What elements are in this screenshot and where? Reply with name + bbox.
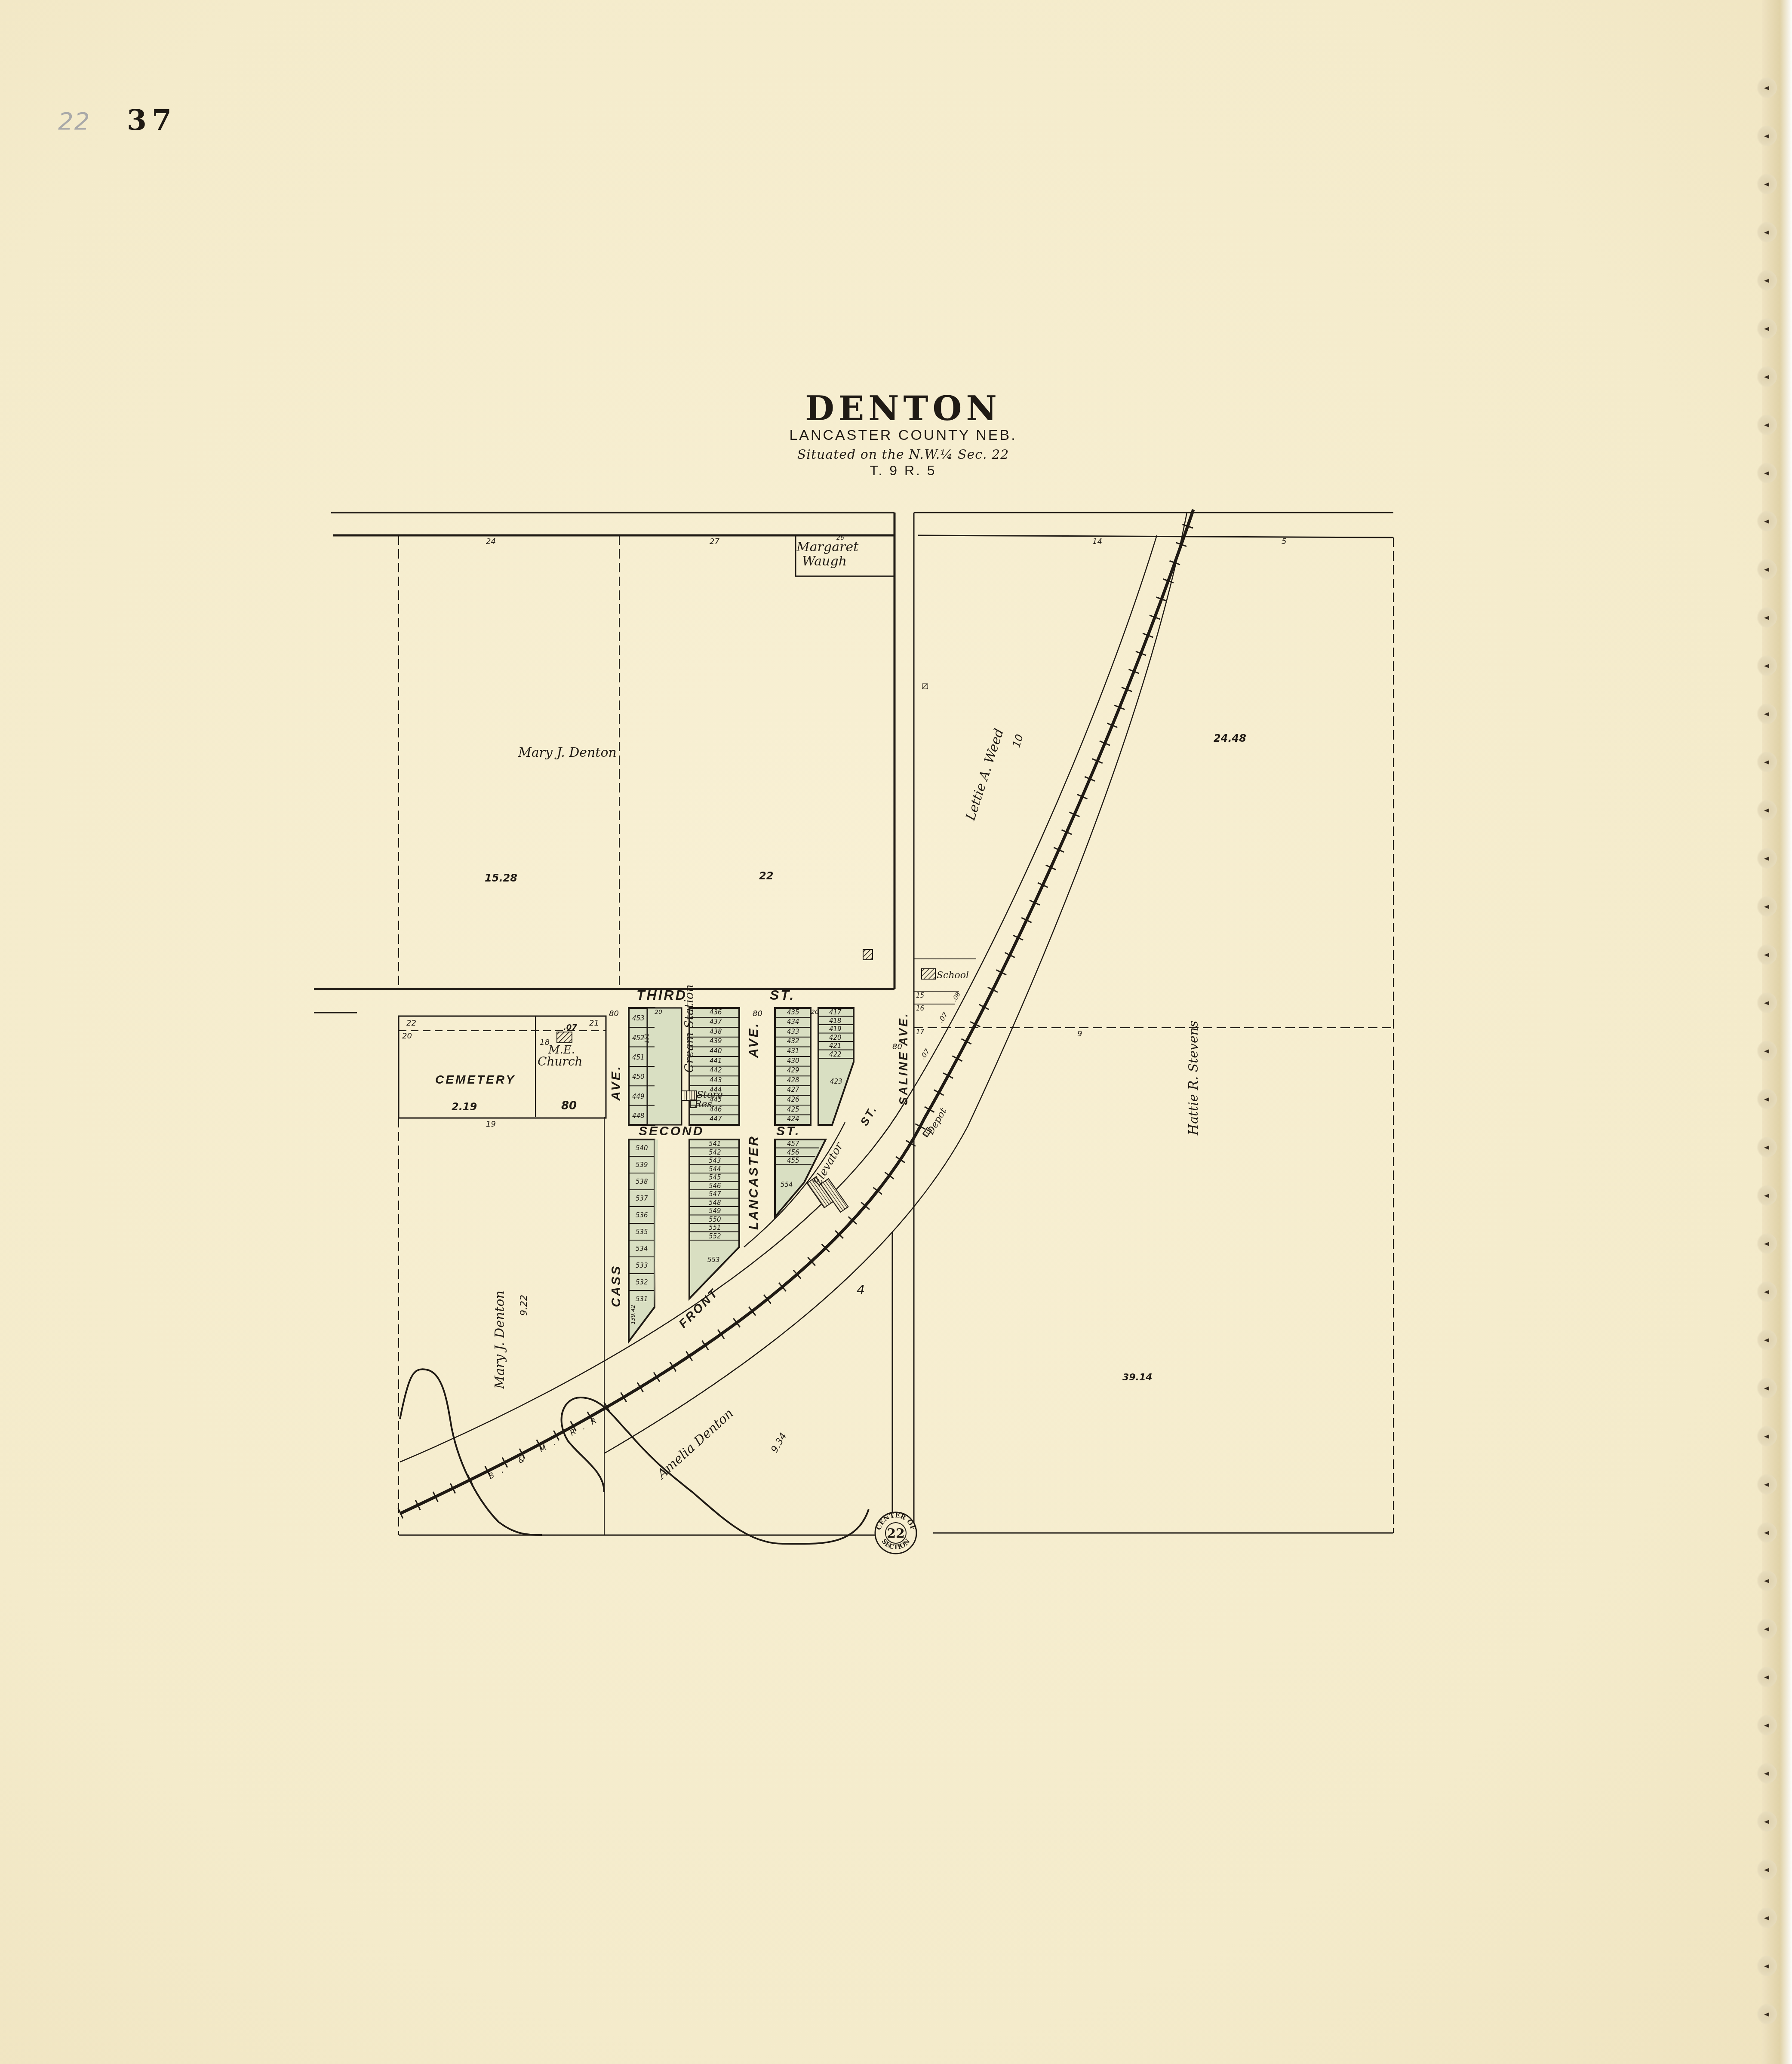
owner-amelia-denton: Amelia Denton	[654, 1406, 737, 1483]
svg-text:5: 5	[1282, 537, 1286, 546]
lot-number: 540	[636, 1144, 648, 1152]
owner-mary-j-denton-north: Mary J. Denton	[518, 745, 617, 760]
svg-text:24: 24	[486, 537, 496, 546]
third-street-label: THIRD	[636, 987, 687, 1003]
svg-text:20: 20	[811, 1009, 819, 1016]
lot-number: 417	[829, 1008, 842, 1016]
second-street-label: SECOND	[639, 1124, 704, 1138]
svg-text:14: 14	[1092, 537, 1102, 546]
svg-text:16: 16	[916, 1004, 924, 1012]
lot-number: 440	[710, 1047, 722, 1055]
owner-margaret-waugh: Margaret	[796, 540, 859, 555]
lot-number: 533	[636, 1262, 648, 1269]
lot-number: 550	[709, 1216, 721, 1223]
lot-number: 418	[829, 1017, 842, 1025]
svg-text:80: 80	[609, 1009, 619, 1018]
lot-number: 446	[710, 1106, 722, 1113]
lot-number: 438	[710, 1028, 722, 1035]
lot-number: 435	[787, 1008, 799, 1016]
lot-number: 455	[787, 1157, 799, 1164]
center-of-section-stamp: CENTER OF SECTION 22	[875, 1511, 917, 1554]
lot-number: 542	[709, 1149, 721, 1156]
lot-number: 437	[710, 1018, 722, 1026]
lot-number: 431	[787, 1047, 799, 1055]
lot-number: 538	[636, 1178, 648, 1186]
svg-text:9: 9	[1077, 1029, 1082, 1038]
svg-text:80: 80	[753, 1009, 762, 1018]
front-street-label: FRONT	[676, 1286, 721, 1330]
svg-text:39.14: 39.14	[1122, 1372, 1153, 1383]
svg-text:22: 22	[406, 1019, 416, 1028]
lot-number: 430	[787, 1057, 799, 1065]
lot-number: 552	[709, 1232, 721, 1240]
svg-text:15: 15	[916, 992, 924, 999]
lot-number: 536	[636, 1211, 648, 1219]
lot-number: 422	[829, 1050, 842, 1058]
lot-number: 453	[632, 1014, 645, 1022]
lot-number: 427	[787, 1086, 799, 1093]
lot-number: 449	[632, 1093, 645, 1100]
lot-number: 537	[636, 1195, 648, 1202]
svg-text:27: 27	[710, 537, 719, 546]
lot-number: 424	[787, 1115, 799, 1123]
svg-text:18: 18	[540, 1038, 550, 1047]
lot-number: 443	[710, 1076, 722, 1084]
lot-number: 543	[709, 1157, 721, 1164]
lot-number: 551	[709, 1224, 721, 1232]
svg-text:80: 80	[561, 1100, 577, 1112]
section-number: 22	[887, 1526, 905, 1541]
lot-number: 544	[709, 1165, 721, 1173]
lot-number: 539	[636, 1161, 648, 1169]
cemetery-label: CEMETERY	[435, 1073, 516, 1086]
lot-number: 421	[829, 1042, 842, 1050]
svg-text:21: 21	[589, 1019, 599, 1028]
lancaster-avenue-suffix: AVE.	[747, 1022, 761, 1058]
saline-avenue-label: SALINE AVE.	[897, 1012, 910, 1105]
lot-number: 457	[787, 1140, 799, 1148]
buildings	[557, 684, 935, 1218]
lot-number: 433	[787, 1028, 799, 1035]
lot-number: 549	[709, 1207, 721, 1215]
lot-number: 452	[632, 1034, 645, 1042]
lot-number: 442	[710, 1066, 722, 1074]
creek	[400, 1369, 869, 1544]
lot-number: 441	[710, 1057, 722, 1065]
lot-number: 436	[710, 1008, 722, 1016]
house-icon	[922, 684, 928, 689]
svg-text:139.42: 139.42	[630, 1305, 636, 1325]
svg-text:2.19: 2.19	[452, 1101, 477, 1113]
lot-number: 451	[632, 1053, 645, 1061]
lot-number: 420	[829, 1034, 842, 1041]
lot-number: 428	[787, 1076, 799, 1084]
lot-number: 426	[787, 1096, 799, 1103]
lot-number: 439	[710, 1037, 722, 1045]
svg-text:9.34: 9.34	[769, 1431, 789, 1455]
lot-number: 429	[787, 1066, 799, 1074]
lot-number: 456	[787, 1149, 799, 1156]
school-label: School	[937, 970, 969, 981]
lancaster-avenue-label: LANCASTER	[747, 1135, 761, 1230]
svg-text:80: 80	[892, 1042, 902, 1051]
lot-number: 532	[636, 1278, 648, 1286]
svg-text:9.22: 9.22	[519, 1295, 529, 1316]
lot-number: 419	[829, 1025, 842, 1033]
lot-number: 546	[709, 1182, 721, 1190]
lot-number: 423	[830, 1078, 842, 1085]
lot-number: 425	[787, 1106, 799, 1113]
svg-text:22: 22	[759, 870, 773, 882]
cream-station-label: Cream Station	[682, 984, 696, 1073]
lot-number: 531	[636, 1295, 648, 1303]
acreage-labels: 15.28 22 9.22 10 24.48 39.14 9.34 2.19 8…	[452, 732, 1246, 1455]
plat-map: CENTER OF SECTION 22 THIRD ST. SECOND ST…	[0, 0, 1792, 2064]
svg-text:17: 17	[916, 1028, 925, 1036]
svg-text:20: 20	[655, 1009, 662, 1016]
school-building-icon	[922, 969, 935, 979]
svg-text:15.28: 15.28	[485, 872, 517, 884]
owner-lettie-a-weed: Lettie A. Weed	[963, 727, 1007, 823]
lot-number: 554	[781, 1181, 793, 1189]
lot-number: 434	[787, 1018, 799, 1026]
svg-text:19: 19	[486, 1120, 496, 1129]
svg-text:.08: .08	[951, 991, 962, 1003]
svg-text:.07: .07	[919, 1047, 932, 1061]
farmhouse-icon	[863, 949, 873, 960]
lot-number: 444	[710, 1086, 722, 1093]
lot-number: 535	[636, 1228, 648, 1236]
svg-text:.07: .07	[563, 1023, 577, 1032]
church-building-icon	[557, 1032, 572, 1043]
lot-number: 548	[709, 1199, 721, 1207]
church-label-2: Church	[538, 1054, 583, 1069]
lot-number: 553	[707, 1256, 720, 1264]
lot-number: 534	[636, 1245, 648, 1253]
svg-text:24.48: 24.48	[1214, 732, 1246, 744]
lot-number: 545	[709, 1173, 721, 1181]
lot-number: 448	[632, 1112, 645, 1120]
lot-number: 447	[710, 1115, 722, 1123]
svg-text:4: 4	[857, 1283, 865, 1298]
svg-text:26: 26	[836, 534, 844, 541]
lot-number: 450	[632, 1073, 645, 1081]
lot-number: 432	[787, 1037, 799, 1045]
third-street-suffix: ST.	[770, 987, 795, 1003]
lot-number: 541	[709, 1140, 721, 1148]
owner-margaret-waugh-2: Waugh	[802, 554, 847, 569]
elevator-street-label: ST.	[858, 1103, 879, 1128]
svg-text:.07: .07	[937, 1010, 950, 1024]
owner-hattie-r-stevens: Hattie R. Stevens	[1186, 1021, 1201, 1136]
lot-number: 445	[710, 1096, 722, 1103]
second-street-suffix: ST.	[776, 1124, 800, 1138]
svg-text:10: 10	[1010, 733, 1026, 749]
cass-avenue-suffix: AVE.	[609, 1065, 623, 1101]
owner-mary-j-denton-west: Mary J. Denton	[492, 1290, 507, 1389]
cass-avenue-label: CASS	[609, 1265, 623, 1307]
svg-text:20: 20	[402, 1032, 412, 1041]
svg-text:151: 151	[644, 1033, 650, 1043]
lot-number: 547	[709, 1190, 721, 1198]
